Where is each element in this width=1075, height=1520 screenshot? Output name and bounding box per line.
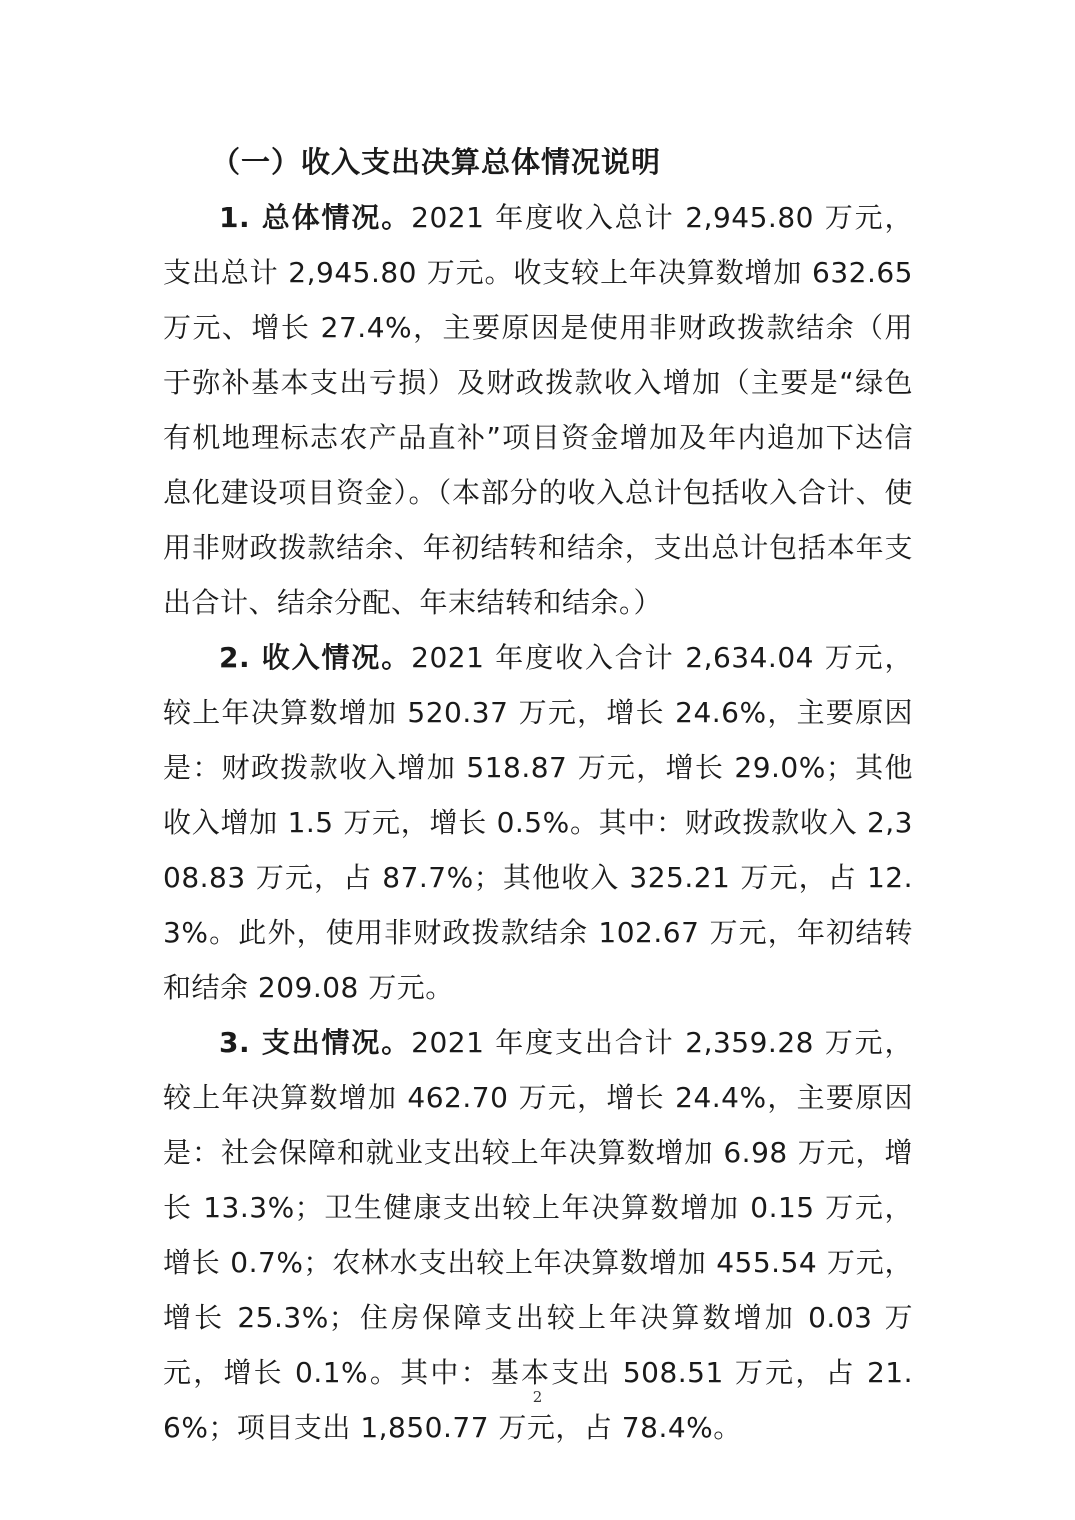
- paragraph-income: 2. 收入情况。2021 年度收入合计 2,634.04 万元，较上年决算数增加…: [163, 630, 913, 1015]
- section-heading: （一）收入支出决算总体情况说明: [163, 134, 913, 190]
- paragraph-body-expenditure: 2021 年度支出合计 2,359.28 万元，较上年决算数增加 462.70 …: [163, 1026, 913, 1444]
- paragraph-body-overall: 2021 年度收入总计 2,945.80 万元，支出总计 2,945.80 万元…: [163, 201, 913, 619]
- page-number: 2: [0, 1388, 1075, 1406]
- paragraph-lead-expenditure: 3. 支出情况。: [219, 1026, 411, 1059]
- paragraph-overall: 1. 总体情况。2021 年度收入总计 2,945.80 万元，支出总计 2,9…: [163, 190, 913, 630]
- document-page: （一）收入支出决算总体情况说明 1. 总体情况。2021 年度收入总计 2,94…: [163, 134, 913, 1455]
- paragraph-lead-overall: 1. 总体情况。: [219, 201, 411, 234]
- paragraph-body-income: 2021 年度收入合计 2,634.04 万元，较上年决算数增加 520.37 …: [163, 641, 913, 1004]
- paragraph-lead-income: 2. 收入情况。: [219, 641, 411, 674]
